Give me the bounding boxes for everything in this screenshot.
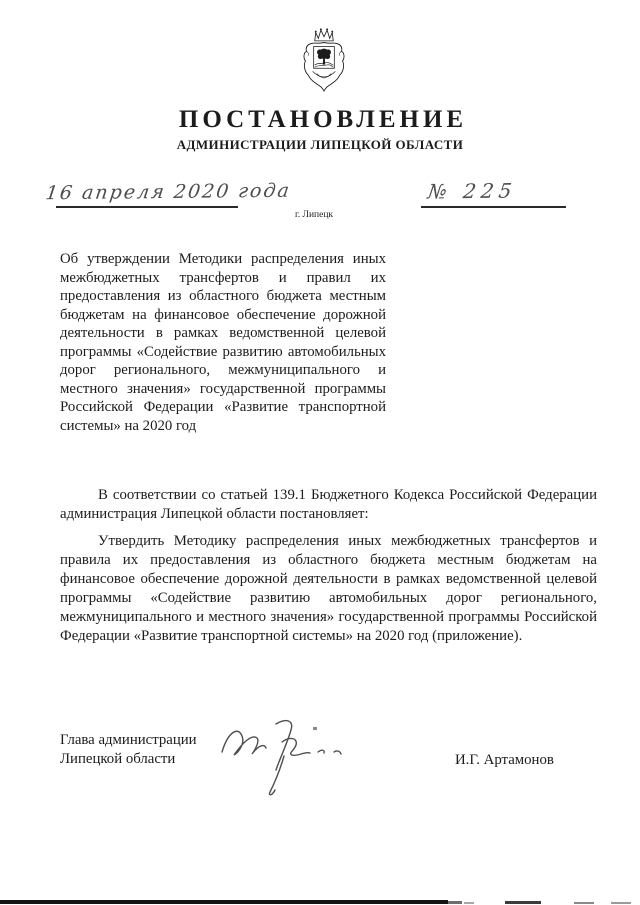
scanned-decree-page: ПОСТАНОВЛЕНИЕ АДМИНИСТРАЦИИ ЛИПЕЦКОЙ ОБЛ… — [0, 0, 640, 905]
scan-edge-artifact — [505, 901, 541, 904]
handwritten-number: № 225 — [426, 179, 518, 204]
scan-speck — [313, 727, 317, 730]
scan-edge-artifact — [0, 900, 448, 904]
date-underline — [56, 206, 238, 208]
signatory-position-line2: Липецкой области — [60, 750, 197, 769]
body-paragraph-2: Утвердить Методику распределения иных ме… — [60, 532, 597, 646]
body-paragraph-1: В соответствии со статьей 139.1 Бюджетно… — [60, 486, 597, 524]
signatory-position: Глава администрации Липецкой области — [60, 731, 197, 769]
scan-edge-artifact — [448, 901, 462, 904]
subject-paragraph: Об утверждении Методики распределения ин… — [60, 250, 386, 435]
signatory-position-line1: Глава администрации — [60, 731, 197, 750]
city-label: г. Липецк — [276, 210, 352, 220]
signatory-name: И.Г. Артамонов — [455, 752, 554, 769]
scan-edge-artifact — [464, 902, 474, 904]
number-underline — [421, 206, 566, 208]
handwritten-signature — [212, 712, 377, 802]
handwritten-date: 16 апреля 2020 года — [44, 180, 292, 205]
scan-edge-artifact — [574, 902, 594, 904]
scan-edge-artifact — [611, 902, 631, 904]
document-subtitle: АДМИНИСТРАЦИИ ЛИПЕЦКОЙ ОБЛАСТИ — [0, 137, 640, 153]
lipetsk-coat-of-arms-icon — [301, 28, 347, 92]
document-title: ПОСТАНОВЛЕНИЕ — [0, 106, 640, 134]
